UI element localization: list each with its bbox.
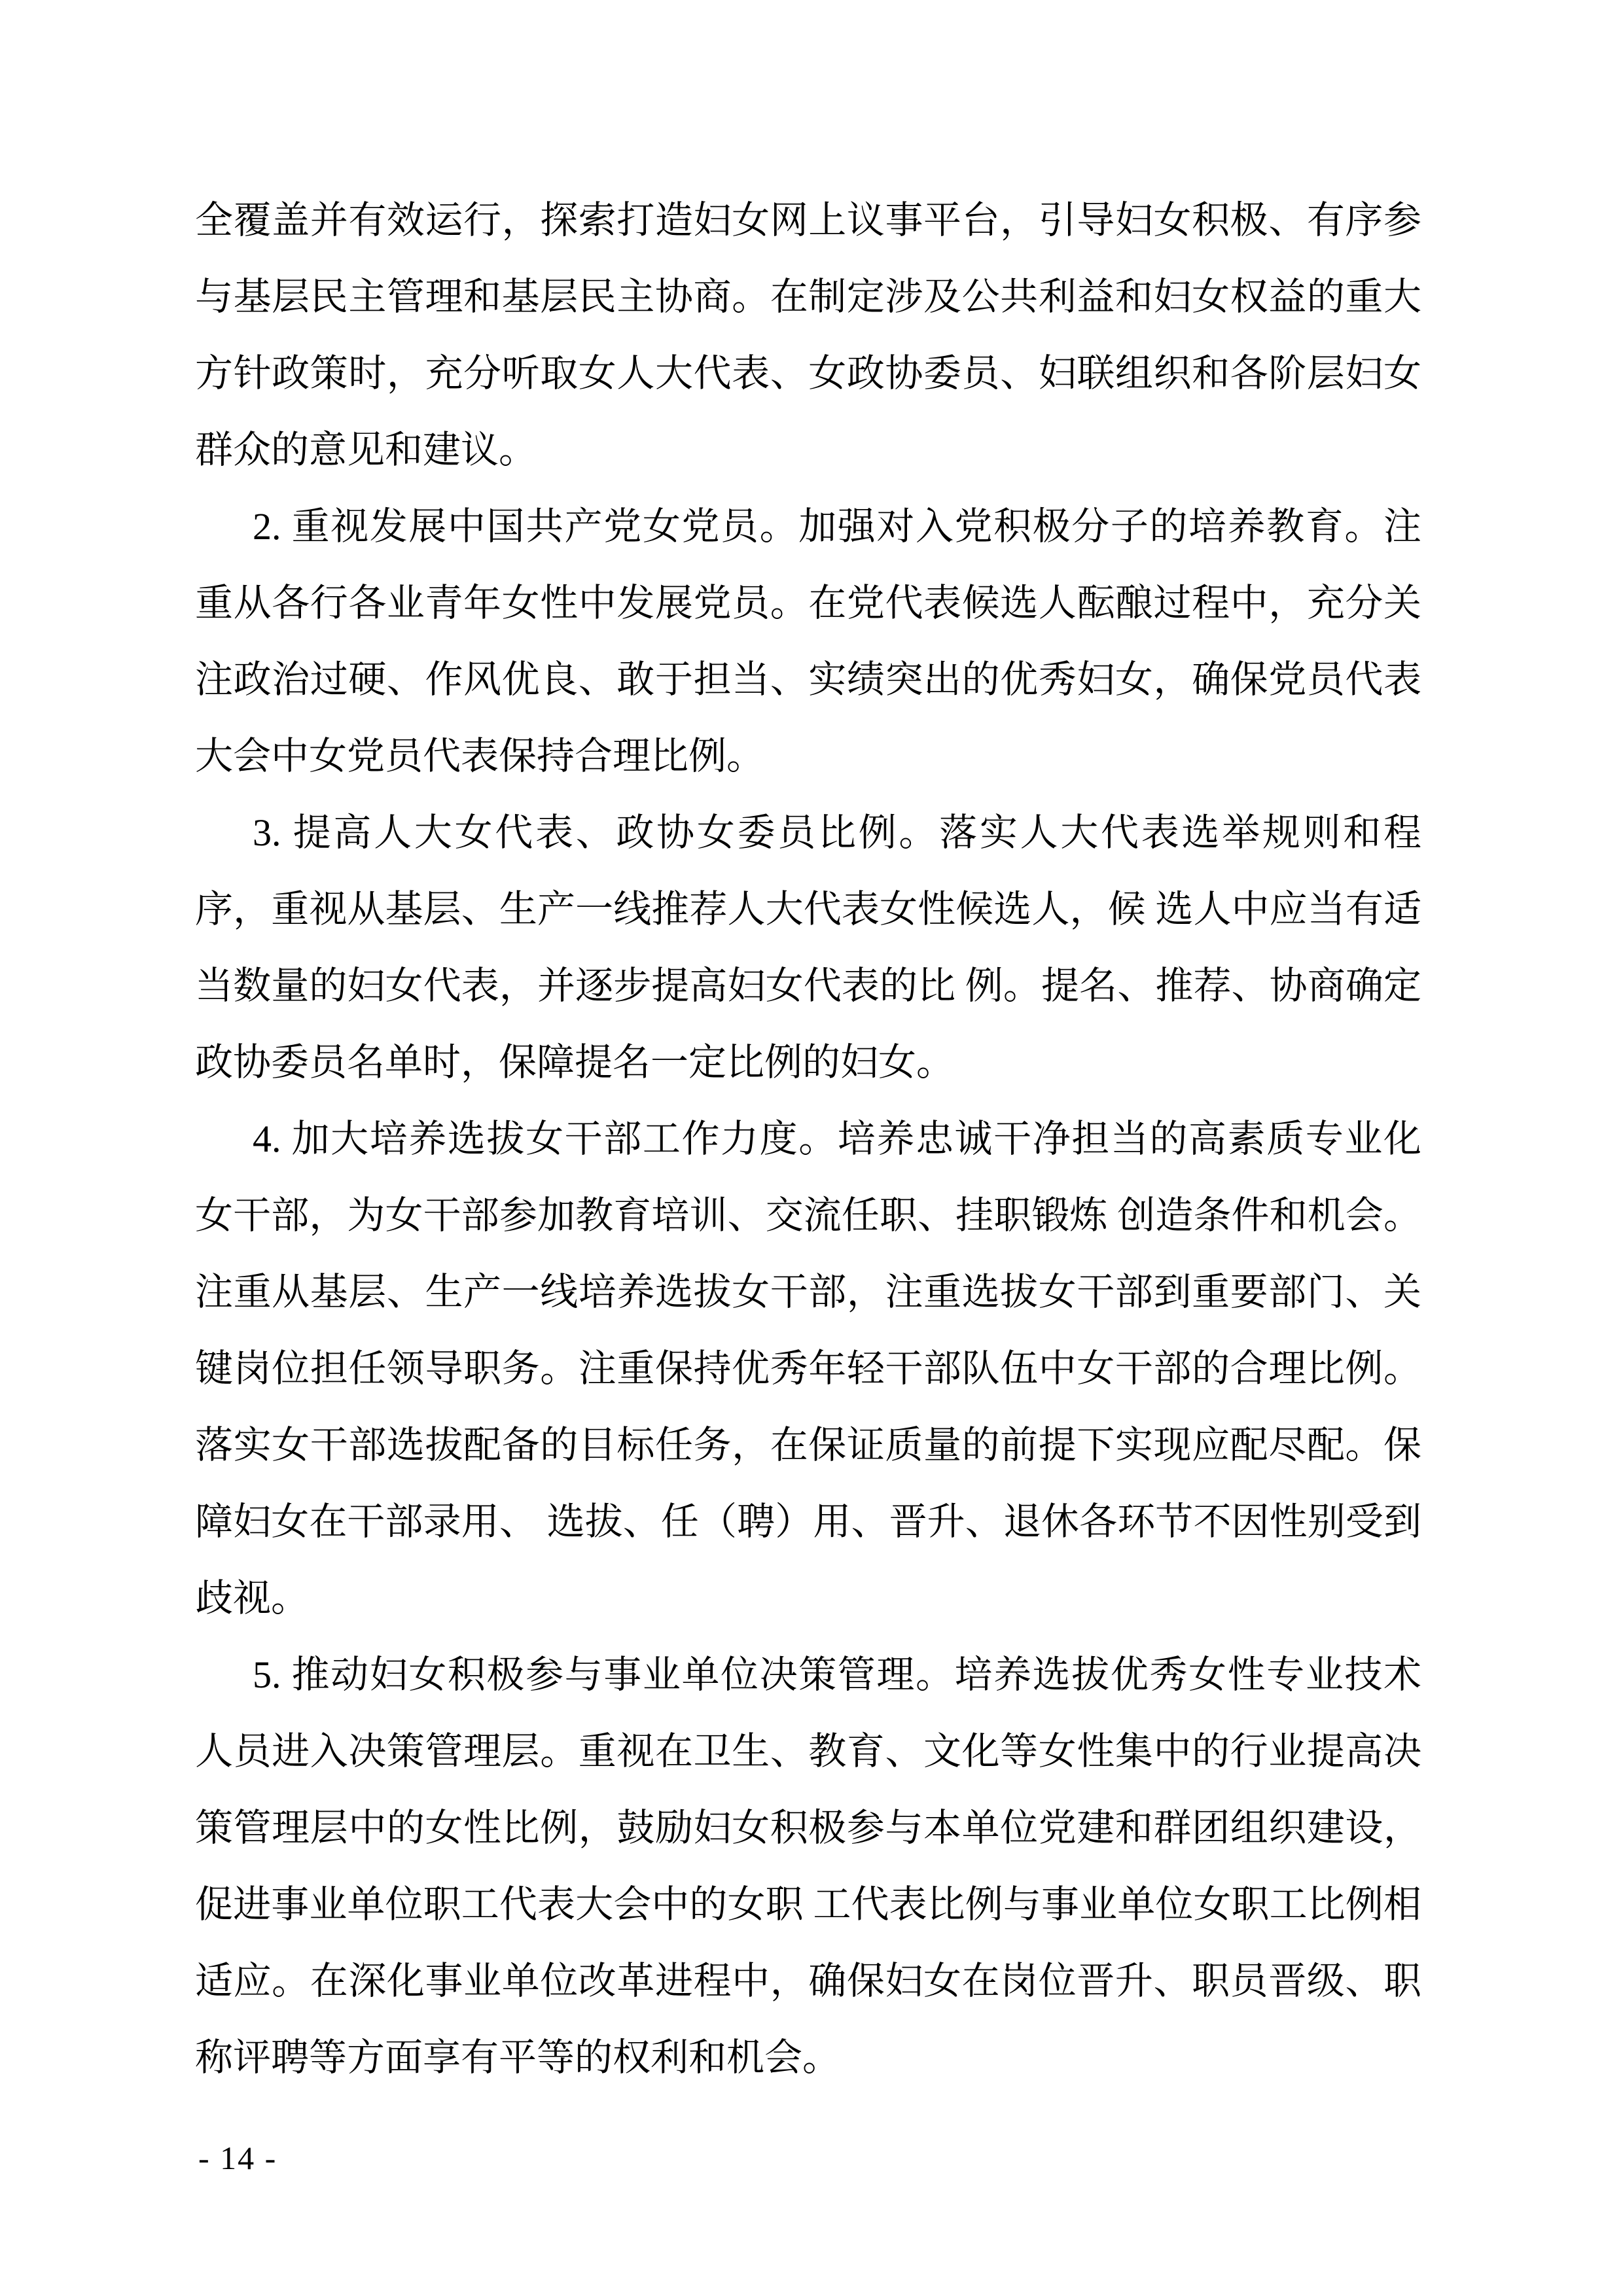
paragraph-item-3: 3. 提高人大女代表、政协女委员比例。落实人大代表选举规则和程序，重视从基层、生… — [195, 794, 1421, 1101]
page-number: - 14 - — [198, 2138, 277, 2178]
document-body: 全覆盖并有效运行，探索打造妇女网上议事平台，引导妇女积极、有序参与基层民主管理和… — [195, 182, 1421, 2096]
document-page: 全覆盖并有效运行，探索打造妇女网上议事平台，引导妇女积极、有序参与基层民主管理和… — [0, 0, 1623, 2296]
paragraph-item-2: 2. 重视发展中国共产党女党员。加强对入党积极分子的培养教育。注重从各行各业青年… — [195, 488, 1421, 794]
paragraph-continuation: 全覆盖并有效运行，探索打造妇女网上议事平台，引导妇女积极、有序参与基层民主管理和… — [195, 182, 1421, 488]
paragraph-item-5: 5. 推动妇女积极参与事业单位决策管理。培养选拔优秀女性专业技术人员进入决策管理… — [195, 1636, 1421, 2096]
paragraph-item-4: 4. 加大培养选拔女干部工作力度。培养忠诚干净担当的高素质专业化女干部，为女干部… — [195, 1101, 1421, 1636]
